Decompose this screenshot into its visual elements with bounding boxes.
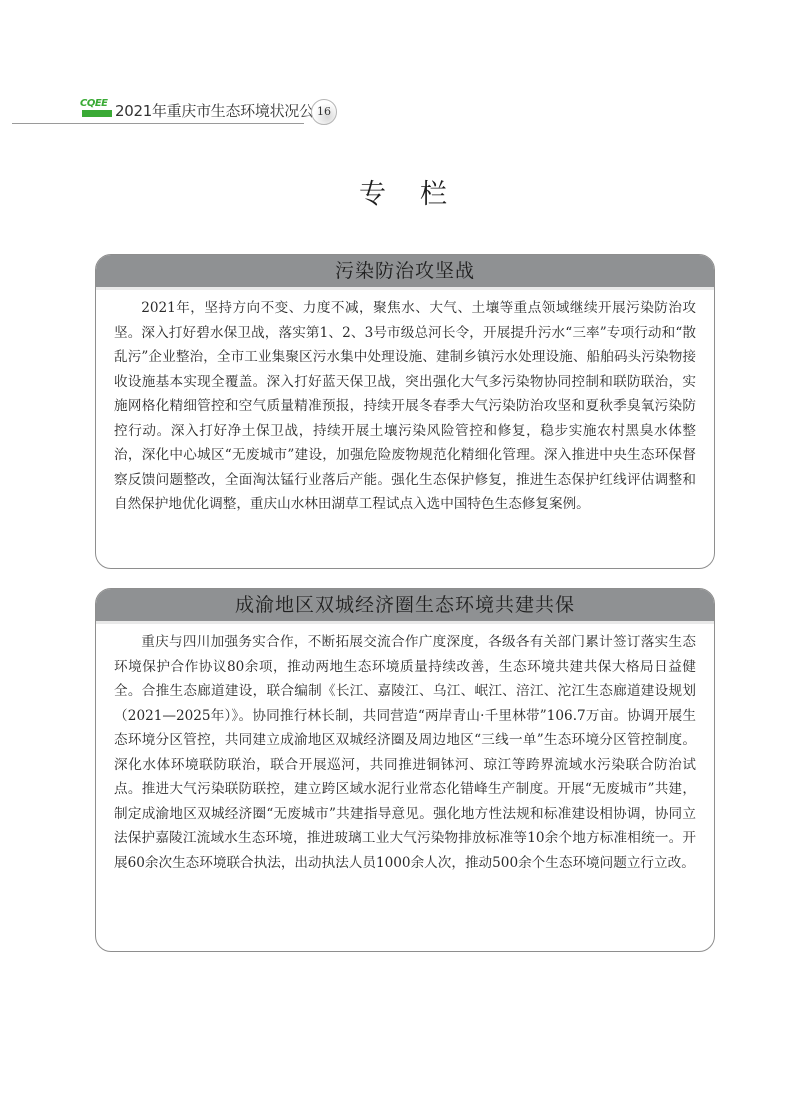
- logo-wordmark: CQEE: [80, 98, 114, 109]
- section-body: 重庆与四川加强务实合作，不断拓展交流合作广度深度，各级各有关部门累计签订落实生态…: [96, 624, 714, 875]
- section-heading: 污染防治攻坚战: [96, 255, 714, 290]
- section-paragraph: 重庆与四川加强务实合作，不断拓展交流合作广度深度，各级各有关部门累计签订落实生态…: [114, 630, 696, 875]
- page-title: 专栏: [0, 172, 806, 211]
- section-box-pollution-prevention: 污染防治攻坚战 2021年，坚持方向不变、力度不减，聚焦水、大气、土壤等重点领域…: [95, 254, 715, 569]
- section-body: 2021年，坚持方向不变、力度不减，聚焦水、大气、土壤等重点领域继续开展污染防治…: [96, 290, 714, 517]
- section-paragraph: 2021年，坚持方向不变、力度不减，聚焦水、大气、土壤等重点领域继续开展污染防治…: [114, 296, 696, 517]
- section-box-chengyu-cooperation: 成渝地区双城经济圈生态环境共建共保 重庆与四川加强务实合作，不断拓展交流合作广度…: [95, 588, 715, 952]
- header-divider: [12, 123, 304, 124]
- page-number: 16: [311, 99, 337, 125]
- publication-title: 2021年重庆市生态环境状况公报: [115, 101, 328, 121]
- section-heading: 成渝地区双城经济圈生态环境共建共保: [96, 589, 714, 624]
- logo-subtext-bar: [82, 110, 112, 117]
- publisher-logo: CQEE: [80, 98, 114, 120]
